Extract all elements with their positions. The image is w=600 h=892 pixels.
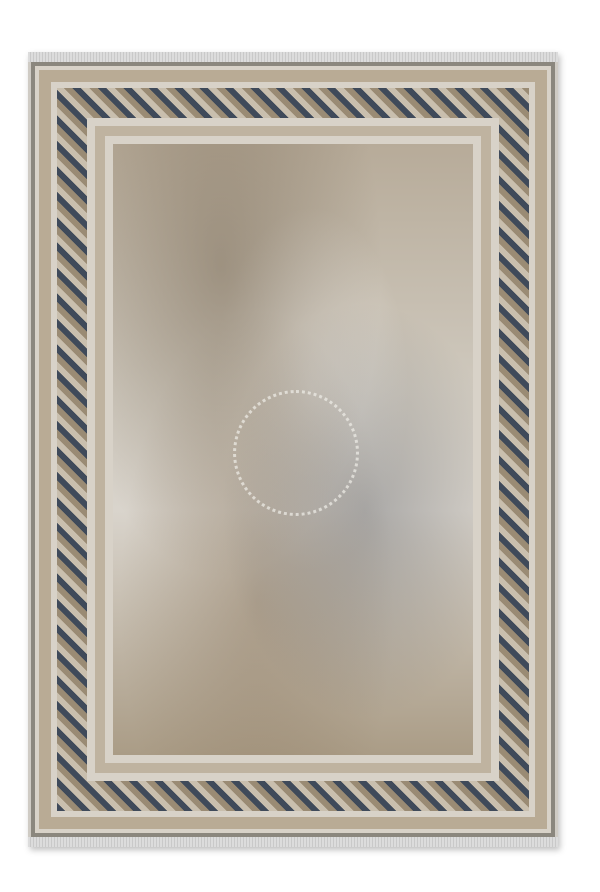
- faded-medallion: [233, 390, 359, 516]
- rug: [28, 52, 558, 847]
- bottom-fringe: [28, 837, 558, 847]
- distressed-field: [113, 144, 473, 755]
- rug-body: [31, 62, 555, 837]
- top-fringe: [28, 52, 558, 62]
